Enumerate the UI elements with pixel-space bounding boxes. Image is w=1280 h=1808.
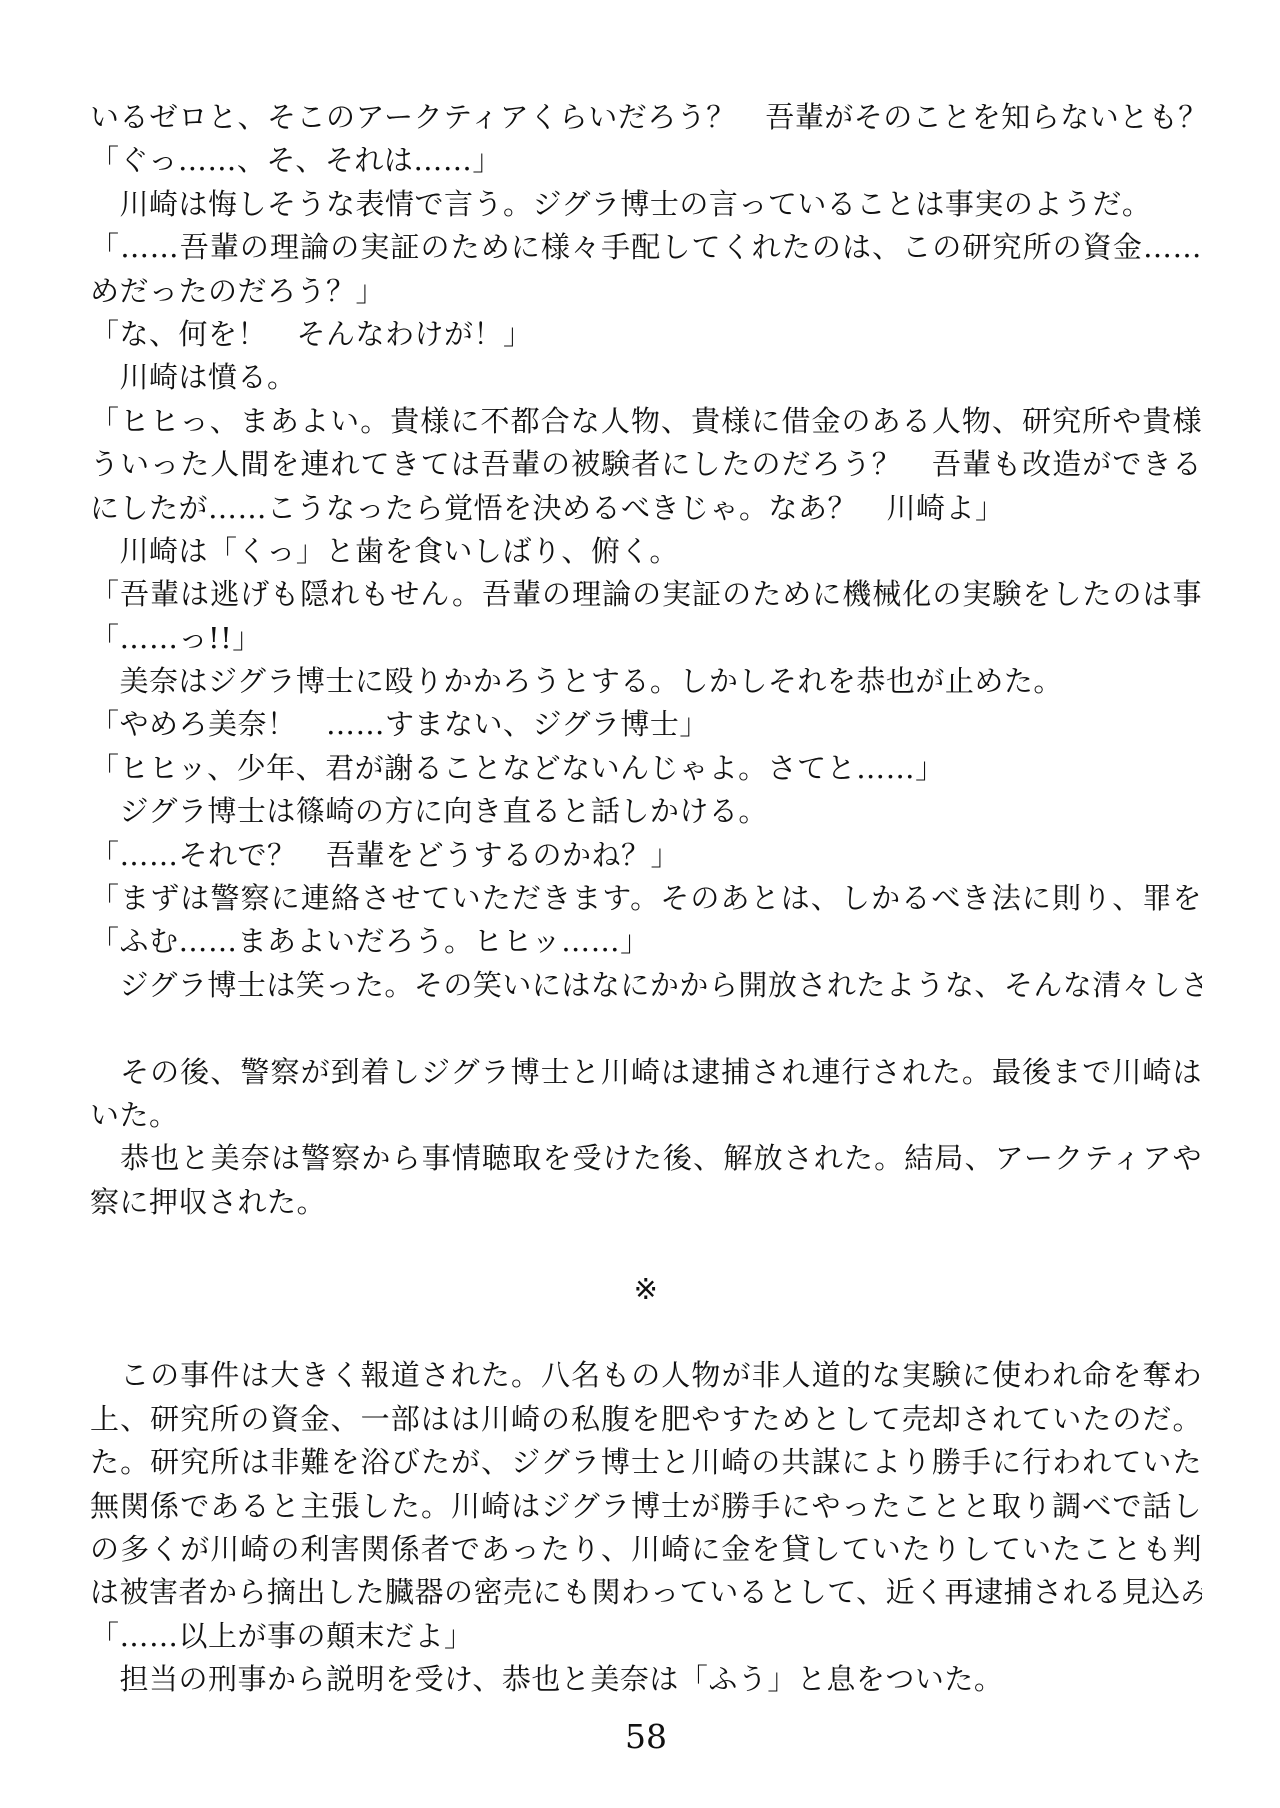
text-line: 「やめろ美奈！ ……すまない、ジグラ博士」 <box>90 703 1202 746</box>
text-line: 「……吾輩の理論の実証のために様々手配してくれたのは、この研究所の資金……いや、… <box>90 226 1202 269</box>
text-line: 「……それで？ 吾輩をどうするのかね？」 <box>90 834 1202 877</box>
blank-line <box>90 1311 1202 1354</box>
text-line: 「な、何を！ そんなわけが！」 <box>90 313 1202 356</box>
text-line: 察に押収された。 <box>90 1181 1202 1224</box>
text-line: 「ヒヒッ、少年、君が謝ることなどないんじゃよ。さてと……」 <box>90 747 1202 790</box>
text-line: 担当の刑事から説明を受け、恭也と美奈は「ふう」と息をついた。 <box>90 1658 1202 1701</box>
text-line: めだったのだろう？」 <box>90 270 1202 313</box>
text-line: 「吾輩は逃げも隠れもせん。吾輩の理論の実証のために機械化の実験をしたのは事実じゃ… <box>90 573 1202 616</box>
blank-line <box>90 1007 1202 1050</box>
text-line: は被害者から摘出した臓器の密売にも関わっているとして、近く再逮捕される見込みらし… <box>90 1571 1202 1614</box>
text-line: の多くが川崎の利害関係者であったり、川崎に金を貸していたりしていたことも判明して… <box>90 1528 1202 1571</box>
text-line: ういった人間を連れてきては吾輩の被験者にしたのだろう？ 吾輩も改造ができるならと… <box>90 443 1202 486</box>
text-line: 上、研究所の資金、一部はは川崎の私腹を肥やすためとして売却されていたのだ。世間の… <box>90 1398 1202 1441</box>
text-line: いた。 <box>90 1094 1202 1137</box>
text-line: 「まずは警察に連絡させていただきます。そのあとは、しかるべき法に則り、罪を償って… <box>90 877 1202 920</box>
text-line: 川崎は悔しそうな表情で言う。ジグラ博士の言っていることは事実のようだ。 <box>90 183 1202 226</box>
text-line: ジグラ博士は笑った。その笑いにはなにかから開放されたような、そんな清々しさが感じ… <box>90 964 1202 1007</box>
text-line: 「ヒヒっ、まあよい。貴様に不都合な人物、貴様に借金のある人物、研究所や貴様の秘密… <box>90 400 1202 443</box>
section-divider: ※ <box>90 1268 1202 1311</box>
text-line: 「ふむ……まあよいだろう。ヒヒッ……」 <box>90 920 1202 963</box>
text-line: にしたが……こうなったら覚悟を決めるべきじゃ。なあ？ 川崎よ」 <box>90 487 1202 530</box>
blank-line <box>90 1224 1202 1267</box>
text-line: 無関係であると主張した。川崎はジグラ博士が勝手にやったことと取り調べで話している… <box>90 1485 1202 1528</box>
page-number: 58 <box>90 1715 1202 1759</box>
text-line: 恭也と美奈は警察から事情聴取を受けた後、解放された。結局、アークティアやゼロは証… <box>90 1137 1202 1180</box>
text-line: ジグラ博士は篠崎の方に向き直ると話しかける。 <box>90 790 1202 833</box>
text-line: この事件は大きく報道された。八名もの人物が非人道的な実験に使われ命を奪われロボッ… <box>90 1354 1202 1397</box>
text-line: いるゼロと、そこのアークティアくらいだろう？ 吾輩がそのことを知らないとも？」 <box>90 96 1202 139</box>
text-line: 「……っ!!」 <box>90 617 1202 660</box>
text-line: た。研究所は非難を浴びたが、ジグラ博士と川崎の共謀により勝手に行われていたものだ… <box>90 1441 1202 1484</box>
text-line: 「……以上が事の顛末だよ」 <box>90 1615 1202 1658</box>
text-line: 川崎は「くっ」と歯を食いしばり、俯く。 <box>90 530 1202 573</box>
document-page: いるゼロと、そこのアークティアくらいだろう？ 吾輩がそのことを知らないとも？」「… <box>0 0 1280 1808</box>
text-body: いるゼロと、そこのアークティアくらいだろう？ 吾輩がそのことを知らないとも？」「… <box>90 96 1202 1701</box>
text-line: 「ぐっ……、そ、それは……」 <box>90 139 1202 182</box>
text-line: 川崎は憤る。 <box>90 356 1202 399</box>
text-line: その後、警察が到着しジグラ博士と川崎は逮捕され連行された。最後まで川崎はジグラ博… <box>90 1051 1202 1094</box>
text-line: 美奈はジグラ博士に殴りかかろうとする。しかしそれを恭也が止めた。 <box>90 660 1202 703</box>
